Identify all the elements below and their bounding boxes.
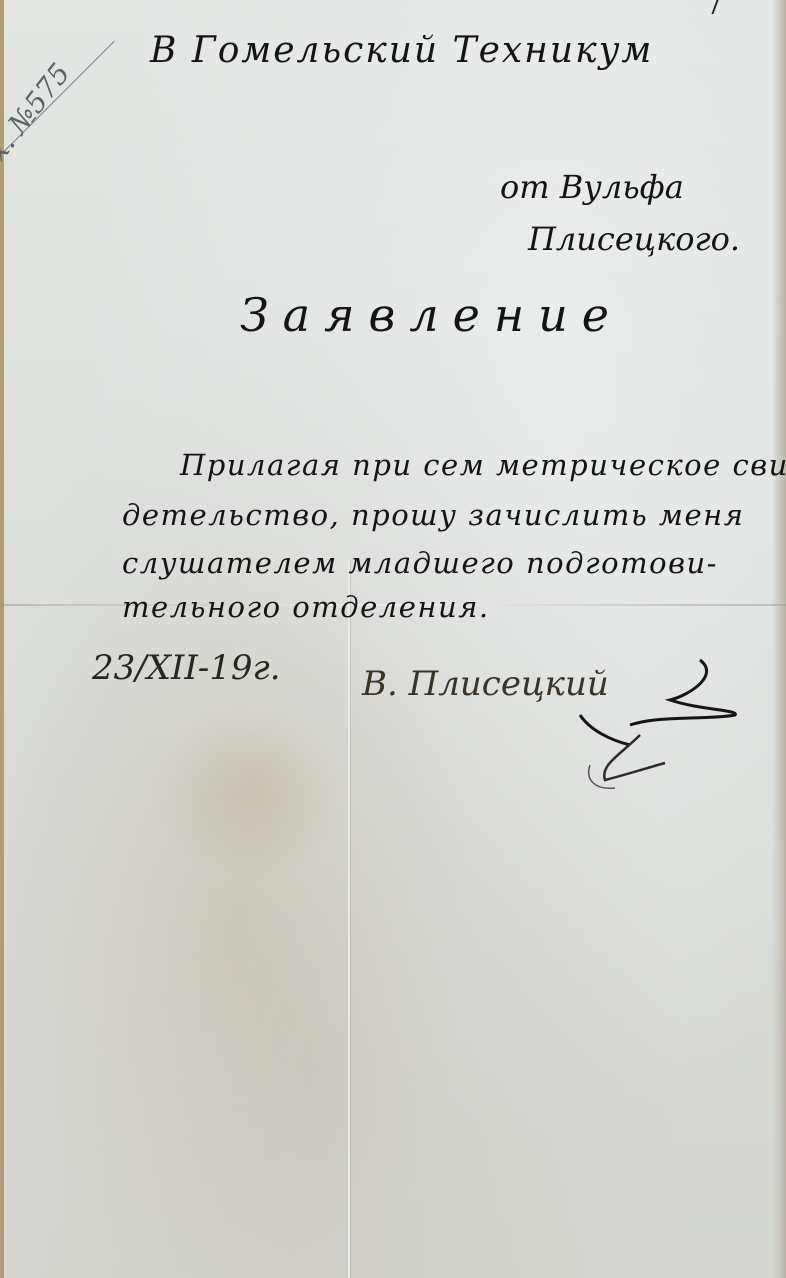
registration-number: Вх. №575 [0,57,77,183]
sender-line-1: от Вульфа [500,168,684,206]
document-date: 23/XII-19г. [92,648,281,688]
signature-flourish-icon [570,655,750,795]
body-line-3: слушателем младшего подготови- [122,546,718,580]
body-line-2: детельство, прошу зачислить меня [122,498,744,532]
paper-right-edge [772,0,786,1278]
vertical-fold-line [348,560,350,1278]
sender-line-2: Плисецкого. [528,220,740,258]
body-line-4: тельного отделения. [122,590,490,624]
paper-crease-stain [150,700,350,880]
ink-stroke-mark [699,0,718,14]
body-line-1: Прилагая при сем метрическое сви- [180,448,786,482]
document-sheet: Вх. №575 В Гомельский Техникум от Вульфа… [0,0,786,1278]
addressee-line: В Гомельский Техникум [150,30,653,71]
document-title: Заявление [240,288,623,342]
paper-left-edge [0,0,4,1278]
